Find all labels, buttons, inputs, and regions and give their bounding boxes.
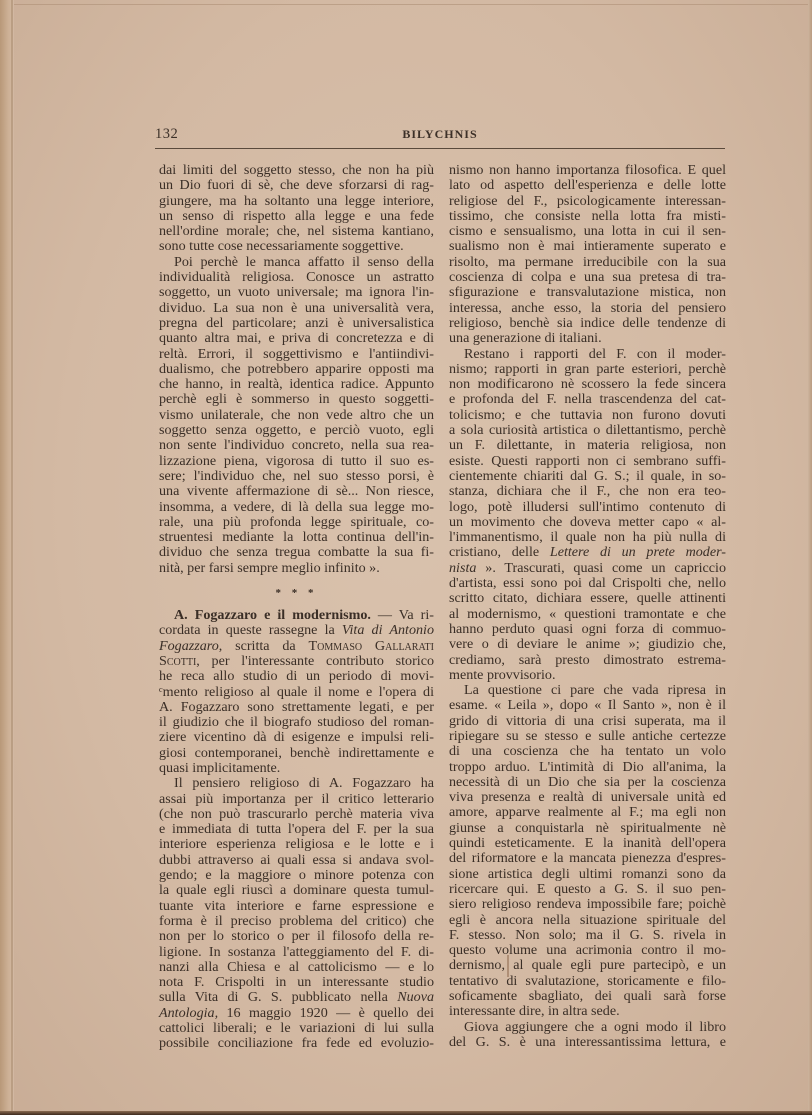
text-line: soficamente sbagliato, dei quali sarà fo… xyxy=(449,989,726,1004)
text-line: nanzi alla Chiesa e al cattolicismo — e … xyxy=(159,960,434,975)
page-bottom-edge xyxy=(0,1111,812,1115)
text-line: non modificarono nè scossero la fede sin… xyxy=(449,377,726,392)
text-line: assai più importanza per il critico lett… xyxy=(159,792,434,807)
text-line: a sola curiosità artistica o dilettantis… xyxy=(449,423,726,438)
journal-name: Nuova xyxy=(397,989,434,1005)
text-line: e profonda del F. nella trascendenza del… xyxy=(449,392,726,407)
text-line: sulla Vita di G. S. pubblicato nella Nuo… xyxy=(159,990,434,1005)
text-line: coscienza di colpa e una sua pretesa di … xyxy=(449,270,726,285)
journal-name: Antologia, xyxy=(159,1005,218,1021)
text-line: sere; l'individuo che, nel suo stesso po… xyxy=(159,469,434,484)
text-span: cordata in queste rassegne la xyxy=(159,622,342,638)
text-line: la quale egli riuscì a dominare questa t… xyxy=(159,883,434,898)
text-line: dubbi attraverso ai quali essa si andava… xyxy=(159,853,434,868)
text-line: e immediata di tutta l'opera del F. per … xyxy=(159,822,434,837)
left-column: dai limiti del soggetto stesso, che non … xyxy=(159,163,434,1052)
text-line: perchè egli è sommerso in questo soggett… xyxy=(159,392,434,407)
text-span: , scritta da xyxy=(219,638,309,654)
text-line: (che non può trascurarlo perchè materia … xyxy=(159,807,434,822)
text-line: una vivente affermazione di sè... Non ri… xyxy=(159,484,434,499)
text-line: interessa, anche esso, la storia del pen… xyxy=(449,301,726,316)
author-name: Scotti xyxy=(159,653,196,669)
paragraph: La questione ci pare che vada ripresa in… xyxy=(449,683,726,1020)
text-line: cismo e sensualismo, una lotta in cui il… xyxy=(449,224,726,239)
text-line: insomma, a vedere, di là della sua legge… xyxy=(159,500,434,515)
paragraph: Poi perchè le manca affatto il senso del… xyxy=(159,255,434,576)
text-line: forma è il preciso problema del critico)… xyxy=(159,914,434,929)
text-line: La questione ci pare che vada ripresa in xyxy=(449,683,726,698)
section-paragraph: A. Fogazzaro e il modernismo. — Va ri- c… xyxy=(159,608,434,776)
text-line: religiose del F., psicologicamente inter… xyxy=(449,194,726,209)
section-title: A. Fogazzaro e il modernismo. xyxy=(174,607,371,623)
page-right-edge xyxy=(808,0,812,1115)
text-line: sfigurazione e transvalutazione mistica,… xyxy=(449,285,726,300)
text-line: un senso di rispetto alla legge e una fe… xyxy=(159,209,434,224)
paragraph: nismo non hanno importanza filosofica. E… xyxy=(449,163,726,347)
text-line: lato od aspetto dell'esperienza e delle … xyxy=(449,178,726,193)
text-line: dualismo, che potrebbero apparire oppost… xyxy=(159,362,434,377)
text-span: ». Trascurati, quasi come un capriccio xyxy=(476,560,726,576)
text-line: nità, per farsi sempre meglio infinito »… xyxy=(159,561,434,576)
text-line: d'artista, essi sono poi dal Crispolti c… xyxy=(449,576,726,591)
text-line: A. Fogazzaro e il modernismo. — Va ri- xyxy=(159,608,434,623)
text-line: stanza, dichiara che il F., che non era … xyxy=(449,484,726,499)
paragraph: Il pensiero religioso di A. Fogazzaro ha… xyxy=(159,776,434,1051)
text-line: che hanno, in realtà, identica radice. A… xyxy=(159,377,434,392)
text-line: sono tutte cose necessariamente soggetti… xyxy=(159,239,434,254)
text-line: vere o di deviare le anime »; giudizio c… xyxy=(449,637,726,652)
text-line: Giova aggiungere che a ogni modo il libr… xyxy=(449,1020,726,1035)
text-line: il giudizio che il biografo studioso del… xyxy=(159,715,434,730)
book-title: Lettere di un prete moder- xyxy=(550,544,726,560)
text-line: al modernismo, « questioni tramontate e … xyxy=(449,607,726,622)
journal-title: BILYCHNIS xyxy=(155,127,725,142)
text-span: , per l'interessante contributo storico xyxy=(196,653,434,669)
book-title: Fogazzaro xyxy=(159,638,219,654)
text-line: del riformatore e la mancata pienezza d'… xyxy=(449,851,726,866)
page-top-edge xyxy=(14,4,812,5)
text-line: viva presenza e realtà di universale uni… xyxy=(449,790,726,805)
text-line: non per lo storico o per il filosofo del… xyxy=(159,929,434,944)
text-line: ripiegare su se stesso e sulle antiche c… xyxy=(449,729,726,744)
text-line: Poi perchè le manca affatto il senso del… xyxy=(159,255,434,270)
text-line: non sente l'individuo concreto, nella su… xyxy=(159,438,434,453)
text-line: cientemente chiariti dal G. S.; il quale… xyxy=(449,469,726,484)
text-line: grido di vittoria di una crisi superata,… xyxy=(449,714,726,729)
text-span: sulla Vita di G. S. pubblicato nella xyxy=(159,989,397,1005)
text-line: interessante dire, in altra sede. xyxy=(449,1004,726,1019)
text-line: sione artistica degli ultimi romanzi son… xyxy=(449,867,726,882)
text-line: dividuo che senza tregua combatte la sua… xyxy=(159,545,434,560)
header-rule xyxy=(155,148,725,149)
text-line: he reca allo studio di un periodo di mov… xyxy=(159,669,434,684)
text-line: esiste. Questi rapporti non ci sembrano … xyxy=(449,454,726,469)
text-line: ligione. In sostanza l'atteggiamento del… xyxy=(159,945,434,960)
text-line: cristiano, delle Lettere di un prete mod… xyxy=(449,545,726,560)
text-line: individualità religiosa. Conosce un astr… xyxy=(159,270,434,285)
text-line: troppo arduo. L'intimità di Dio all'anim… xyxy=(449,760,726,775)
text-line: quasi implicitamente. xyxy=(159,761,434,776)
text-line: rale, una più profonda legge spirituale,… xyxy=(159,515,434,530)
text-line: ricercare qui. E questo a G. S. il suo p… xyxy=(449,882,726,897)
text-line: necessità di un Dio che sia per la cosci… xyxy=(449,775,726,790)
text-line: hanno perduto quasi ogni forza di commuo… xyxy=(449,622,726,637)
text-line: soggetto, un vuoto universale; ma ignora… xyxy=(159,285,434,300)
text-line: Il pensiero religioso di A. Fogazzaro ha xyxy=(159,776,434,791)
text-line: nismo; rapporti in gran parte esteriori,… xyxy=(449,362,726,377)
text-line: religioso, benchè sia indice delle tende… xyxy=(449,316,726,331)
text-line: tissimo, che consiste nella lotta fra mi… xyxy=(449,209,726,224)
text-line: pregna del particolare; anzi è universal… xyxy=(159,316,434,331)
text-line: una generazione di italiani. xyxy=(449,331,726,346)
text-line: Restano i rapporti del F. con il moder- xyxy=(449,347,726,362)
text-line: nismo non hanno importanza filosofica. E… xyxy=(449,163,726,178)
text-span: — Va ri- xyxy=(371,607,434,623)
text-line: logo, potè illudersi sull'intimo contenu… xyxy=(449,500,726,515)
section-separator: * * * xyxy=(159,582,434,604)
scanned-page: 132 BILYCHNIS dai limiti del soggetto st… xyxy=(0,0,812,1115)
text-line: l'immanentismo, il quale non ha più null… xyxy=(449,530,726,545)
text-line: tolicismo; e che tuttavia non furono dov… xyxy=(449,408,726,423)
text-line: vismo unilaterale, che non vede altro ch… xyxy=(159,408,434,423)
text-line: un movimento che doveva metter capo « al… xyxy=(449,515,726,530)
author-name: Tommaso Gallarati xyxy=(309,638,435,654)
paragraph: dai limiti del soggetto stesso, che non … xyxy=(159,163,434,255)
text-line: di una coscienza che ha tentato un volo xyxy=(449,744,726,759)
text-line: giungere, ma ha soltanto una legge inter… xyxy=(159,194,434,209)
text-line: dernismo, al quale egli pure partecipò, … xyxy=(449,958,726,973)
text-line: interiore esperienza religiosa e le lott… xyxy=(159,837,434,852)
text-line: dai limiti del soggetto stesso, che non … xyxy=(159,163,434,178)
paragraph: Restano i rapporti del F. con il moder-n… xyxy=(449,347,726,684)
text-line: del G. S. è una interessantissima lettur… xyxy=(449,1035,726,1050)
text-line: tuante vita interiore e farne espression… xyxy=(159,899,434,914)
text-line: lizzazione piena, vigorosa di tutto il s… xyxy=(159,454,434,469)
text-line: mente provvisorio. xyxy=(449,668,726,683)
text-line: nell'ordine morale; che, nel sistema kan… xyxy=(159,224,434,239)
text-line: egli è ancora nella situazione spiritual… xyxy=(449,913,726,928)
text-line: esame. « Leila », dopo « Il Santo », non… xyxy=(449,698,726,713)
text-line: un Dio fuori di sè, che deve sforzarsi d… xyxy=(159,178,434,193)
text-line: crediamo, sarà presto dimostrato estrema… xyxy=(449,653,726,668)
paragraph: Giova aggiungere che a ogni modo il libr… xyxy=(449,1020,726,1051)
running-header: 132 BILYCHNIS xyxy=(155,126,725,146)
text-line: soggetto senza oggetto, e perciò vuoto, … xyxy=(159,423,434,438)
text-line: Scotti, per l'interessante contributo st… xyxy=(159,654,434,669)
text-line: reltà. Errori, il soggettivismo e l'anti… xyxy=(159,347,434,362)
text-line: cordata in queste rassegne la Vita di An… xyxy=(159,623,434,638)
text-line: un F. dilettante, in materia religiosa, … xyxy=(449,438,726,453)
text-line: struentesi mediante la lotta continua de… xyxy=(159,530,434,545)
text-line: scritto citato, dichiara essere, quelle … xyxy=(449,591,726,606)
text-line: A. Fogazzaro sono strettamente legati, e… xyxy=(159,700,434,715)
text-line: ᶜmento religioso al quale il nome e l'op… xyxy=(159,685,434,700)
text-line: F. stesso. Non solo; ma il G. S. rivela … xyxy=(449,928,726,943)
text-span: 16 maggio 1920 — è quello dei xyxy=(218,1005,434,1021)
text-line: quindi esteticamente. E la inanità dell'… xyxy=(449,836,726,851)
text-line: sualismo non è mai intieramente superato… xyxy=(449,239,726,254)
text-line: tentativo di svalutazione, storicamente … xyxy=(449,974,726,989)
text-line: cattolici liberali; e le variazioni di l… xyxy=(159,1021,434,1036)
text-span: cristiano, delle xyxy=(449,544,550,560)
book-title: nista xyxy=(449,560,476,576)
text-line: dividuo. La sua non è una universalità v… xyxy=(159,301,434,316)
text-line: quanto altra mai, e priva di concretezza… xyxy=(159,331,434,346)
text-line: gendo; e la maggiore o minore potenza co… xyxy=(159,868,434,883)
text-line: siero religioso rendeva impossibile fare… xyxy=(449,897,726,912)
text-line: Fogazzaro, scritta da Tommaso Gallarati xyxy=(159,639,434,654)
text-line: giunse a conquistarla nè spiritualmente … xyxy=(449,821,726,836)
right-column: nismo non hanno importanza filosofica. E… xyxy=(449,163,726,1050)
text-line: ziere vicentino dà di esigenze e impulsi… xyxy=(159,730,434,745)
text-line: giosi contemporanei, benchè indirettamen… xyxy=(159,746,434,761)
text-line: questo volume una acrimonia contro il mo… xyxy=(449,943,726,958)
text-line: nota F. Crispolti in un interessante stu… xyxy=(159,975,434,990)
text-line: nista ». Trascurati, quasi come un capri… xyxy=(449,561,726,576)
page-fold-line xyxy=(11,0,13,1115)
text-line: possibile conciliazione fra fede ed evol… xyxy=(159,1036,434,1051)
book-title: Vita di Antonio xyxy=(342,622,434,638)
text-line: amore, apparve realmente al F.; ma egli … xyxy=(449,805,726,820)
text-line: risolto, ma permane irreducibile con la … xyxy=(449,255,726,270)
text-line: Antologia, 16 maggio 1920 — è quello dei xyxy=(159,1006,434,1021)
